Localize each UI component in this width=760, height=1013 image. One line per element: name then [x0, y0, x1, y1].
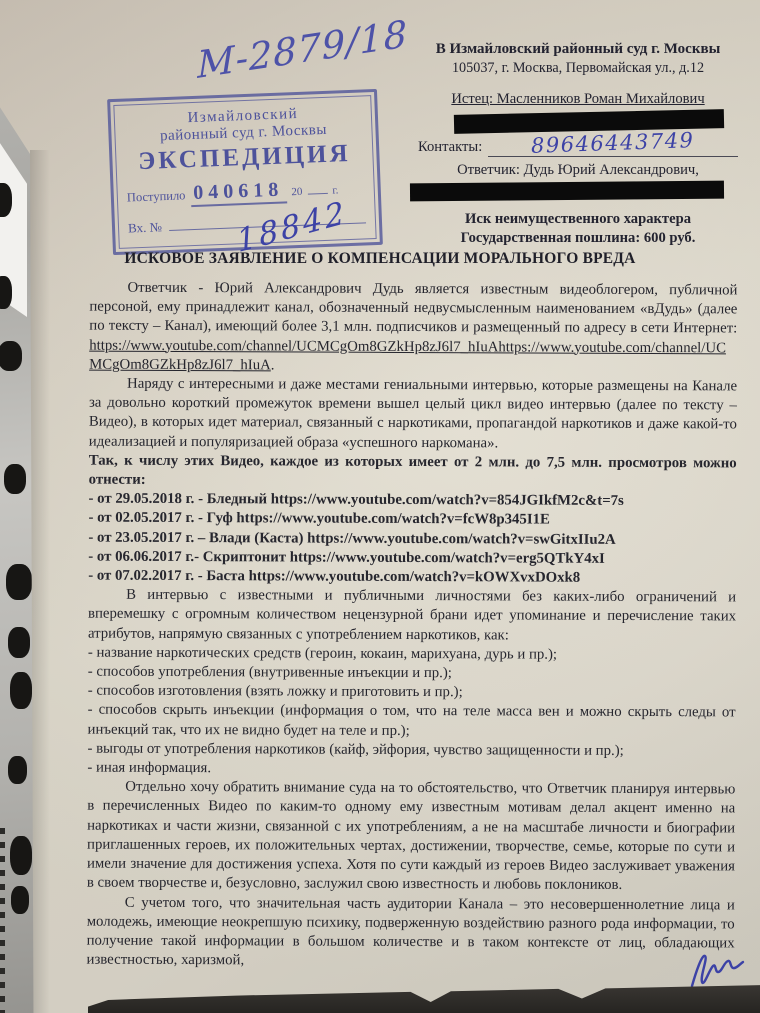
paragraph-text: Ответчик - Юрий Александрович Дудь являе… [89, 280, 737, 337]
stamp-received-label: Поступило [127, 188, 186, 205]
paragraph-text: . [271, 357, 275, 373]
stamp-year-suffix: г. [332, 184, 338, 196]
binder-hole [6, 564, 32, 600]
binder-hole [10, 836, 32, 875]
stamp-inner-frame: Измайловский районный суд г. Москвы ЭКСП… [113, 95, 376, 249]
document-body: Ответчик - Юрий Александрович Дудь являе… [86, 279, 737, 973]
videos-list-intro: Так, к числу этих Видео, каждое из котор… [89, 451, 737, 492]
binder-hole [4, 464, 26, 494]
stamp-year-blank [307, 183, 327, 195]
paragraph-court-attention: Отдельно хочу обратить внимание суда на … [87, 778, 735, 896]
contacts-line: Контакты: 89646443749 [418, 133, 738, 157]
video-list-item: - от 02.05.2017 г. - Гуф https://www.you… [88, 509, 736, 531]
court-address: 105037, г. Москва, Первомайская ул., д.1… [418, 59, 738, 78]
stamp-year-prefix: 20 [291, 186, 302, 198]
state-fee-line: Государственная пошлина: 600 руб. [418, 229, 738, 248]
court-name: В Измайловский районный суд г. Москвы [418, 40, 738, 59]
document-sheet: М-2879/18 Измайловский районный суд г. М… [0, 0, 760, 1013]
torn-perforation-edge [0, 828, 5, 1013]
paragraph-attributes-intro: В интервью с известными и публичными лич… [88, 586, 736, 646]
paragraph-videos-cycle: Наряду с интересными и даже местами гени… [89, 375, 737, 455]
plaintiff-line: Истец: Масленников Роман Михайлович [418, 90, 738, 109]
phone-number-handwritten: 89646443749 [531, 130, 695, 157]
paper-edge-shadow [30, 150, 50, 1013]
video-list-item: - от 23.05.2017 г. – Влади (Каста) https… [88, 528, 736, 550]
binder-hole [10, 672, 32, 709]
court-expedition-stamp: Измайловский районный суд г. Москвы ЭКСП… [107, 89, 383, 255]
binder-hole [8, 627, 30, 658]
binder-hole [8, 756, 27, 784]
channel-url: https://www.youtube.com/channel/UCMCgOm8… [89, 337, 726, 373]
handwritten-initials-scribble [686, 946, 746, 992]
paragraph-audience: С учетом того, что значительная часть ау… [86, 893, 734, 973]
addressee-header: В Измайловский районный суд г. Москвы 10… [418, 40, 738, 248]
binder-hole [11, 886, 29, 914]
stamp-received-date: 040618 [190, 178, 287, 207]
defendant-line: Ответчик: Дудь Юрий Александрович, [418, 161, 738, 180]
contacts-label: Контакты: [418, 138, 482, 157]
binder-hole [0, 341, 22, 371]
contacts-underline: 89646443749 [488, 133, 738, 157]
paragraph-defendant-intro: Ответчик - Юрий Александрович Дудь являе… [89, 279, 737, 378]
binder-hole [0, 276, 12, 309]
stamp-incoming-label: Вх. № [128, 219, 162, 236]
claim-type-line: Иск неимущественного характера [418, 210, 738, 229]
case-number-handwritten: М-2879/18 [197, 12, 409, 87]
photographed-court-document: { "colors":{ "paper":"#dcd6c8", "ink_blu… [0, 0, 760, 1013]
document-title: ИСКОВОЕ ЗАЯВЛЕНИЕ О КОМПЕНСАЦИИ МОРАЛЬНО… [0, 250, 760, 268]
attribute-list-item: - способов скрыть инъекции (информация о… [88, 701, 736, 742]
redaction-bar [410, 181, 724, 202]
